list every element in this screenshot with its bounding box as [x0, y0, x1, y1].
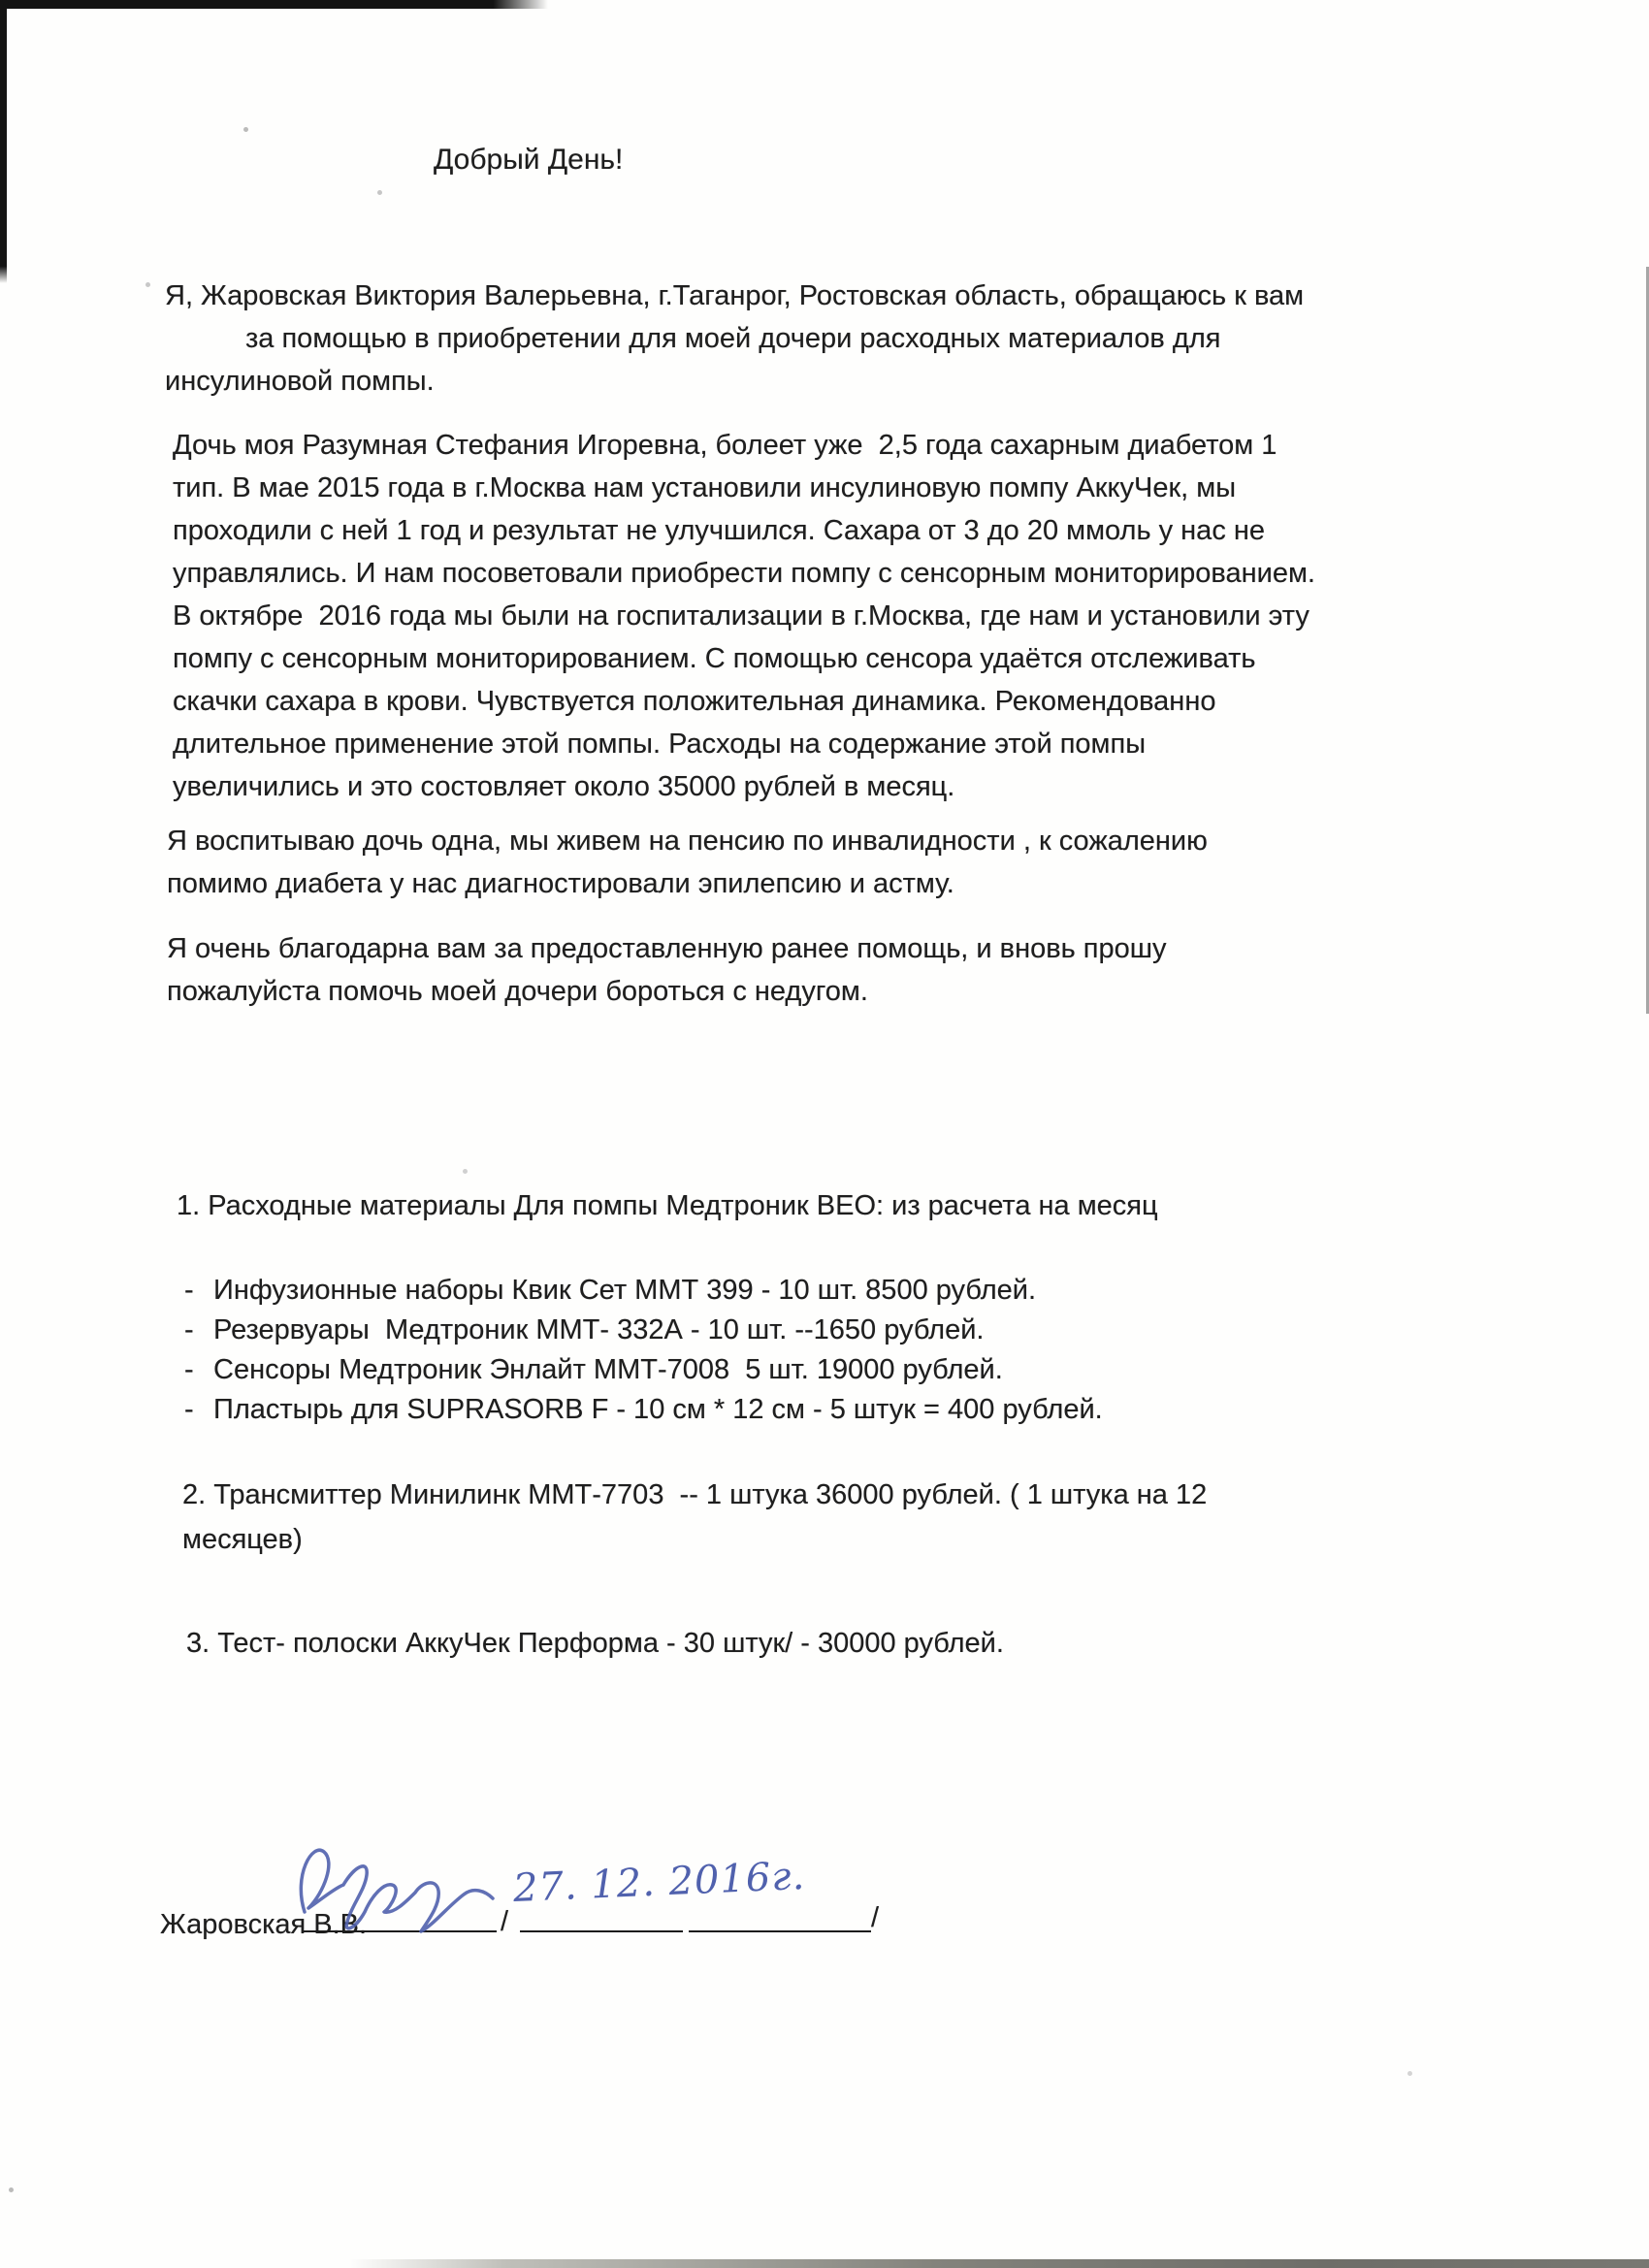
- text-line: помпу с сенсорным мониторированием. С по…: [173, 637, 1315, 680]
- list-item-text: Пластырь для SUPRASORB F - 10 см * 12 см…: [213, 1390, 1103, 1430]
- scan-edge-top: [0, 0, 548, 9]
- text-line: за помощью в приобретении для моей дочер…: [165, 317, 1304, 360]
- signature-separator-slash: /: [501, 1900, 508, 1943]
- text-line: инсулиновой помпы.: [165, 360, 1304, 403]
- text-line: 2. Трансмиттер Минилинк ММТ-7703 -- 1 шт…: [182, 1473, 1207, 1517]
- scan-speckles: [0, 0, 3, 3]
- list1-heading: 1. Расходные материалы Для помпы Медтрон…: [177, 1184, 1158, 1227]
- text-line: Я воспитываю дочь одна, мы живем на пенс…: [167, 820, 1208, 862]
- handwritten-signature: [291, 1836, 500, 1938]
- text-line: В октябре 2016 года мы были на госпитали…: [173, 595, 1315, 637]
- handwritten-date: 27. 12. 2016г.: [512, 1854, 806, 1911]
- text-line: Дочь моя Разумная Стефания Игоревна, бол…: [173, 424, 1315, 467]
- text-line: помимо диабета у нас диагностировали эпи…: [167, 862, 1208, 905]
- text-line: проходили с ней 1 год и результат не улу…: [173, 509, 1315, 552]
- text-line: тип. В мае 2015 года в г.Москва нам уста…: [173, 467, 1315, 509]
- text-line: скачки сахара в крови. Чувствуется полож…: [173, 680, 1315, 723]
- list2-transmitter: 2. Трансмиттер Минилинк ММТ-7703 -- 1 шт…: [182, 1473, 1207, 1562]
- paragraph-history: Дочь моя Разумная Стефания Игоревна, бол…: [173, 424, 1315, 808]
- scan-edge-left: [0, 0, 7, 283]
- list3-test-strips: 3. Тест- полоски АккуЧек Перформа - 30 ш…: [186, 1622, 1004, 1665]
- scan-edge-bottom: [349, 2259, 1649, 2268]
- signature-end-slash: /: [871, 1896, 879, 1939]
- list-item: -Резервуары Медтроник ММТ- 332А - 10 шт.…: [182, 1311, 1103, 1350]
- signature-underline: [520, 1930, 683, 1932]
- dash-marker: -: [182, 1350, 213, 1390]
- list-item: -Пластырь для SUPRASORB F - 10 см * 12 с…: [182, 1390, 1103, 1430]
- text-line: управлялись. И нам посоветовали приобрес…: [173, 552, 1315, 595]
- scanned-letter-page: Добрый День! Я, Жаровская Виктория Валер…: [0, 0, 1649, 2268]
- text-line: месяцев): [182, 1517, 1207, 1562]
- dash-marker: -: [182, 1390, 213, 1430]
- letter-greeting: Добрый День!: [434, 139, 623, 181]
- list-item: -Сенсоры Медтроник Энлайт ММТ-7008 5 шт.…: [182, 1350, 1103, 1390]
- list-item-text: Сенсоры Медтроник Энлайт ММТ-7008 5 шт. …: [213, 1350, 1003, 1390]
- list-item: -Инфузионные наборы Квик Сет ММТ 399 - 1…: [182, 1271, 1103, 1311]
- dash-marker: -: [182, 1271, 213, 1311]
- paragraph-family: Я воспитываю дочь одна, мы живем на пенс…: [167, 820, 1208, 905]
- list-item-text: Инфузионные наборы Квик Сет ММТ 399 - 10…: [213, 1271, 1036, 1311]
- text-line: Я, Жаровская Виктория Валерьевна, г.Тага…: [165, 275, 1304, 317]
- paragraph-intro: Я, Жаровская Виктория Валерьевна, г.Тага…: [165, 275, 1304, 403]
- text-line: пожалуйста помочь моей дочери бороться с…: [167, 970, 1167, 1013]
- list-item-text: Резервуары Медтроник ММТ- 332А - 10 шт. …: [213, 1311, 984, 1350]
- text-line: Я очень благодарна вам за предоставленну…: [167, 927, 1167, 970]
- signature-underline: [689, 1930, 871, 1932]
- text-line: длительное применение этой помпы. Расход…: [173, 723, 1315, 765]
- dash-marker: -: [182, 1311, 213, 1350]
- paragraph-thanks: Я очень благодарна вам за предоставленну…: [167, 927, 1167, 1013]
- text-line: увеличились и это состовляет около 35000…: [173, 765, 1315, 808]
- supplies-list: -Инфузионные наборы Квик Сет ММТ 399 - 1…: [182, 1271, 1103, 1430]
